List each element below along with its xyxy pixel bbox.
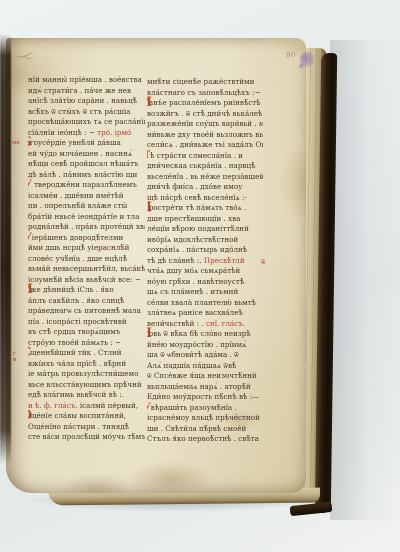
text-segment: ѣ стра́сти слмесла́нїа . и	[150, 151, 243, 160]
text-segment: ей чу́до млча́ешен . насннѧ̀	[28, 149, 132, 158]
text-segment: іе ма́трь провьзулѣстни́шемо	[28, 369, 138, 378]
text-line: едѣ̀ вла́гимь вьвѣ́чсй вѣ :.	[28, 390, 136, 401]
text-line: нїй манны́ прїе́мша . вое́вства	[28, 75, 136, 86]
text-line: ле́щїи вѣ́рою поданіттѣ́лнй	[147, 224, 254, 235]
text-segment: вьселе́нїа . вь не́же перза́вшей	[147, 172, 263, 181]
text-line: вьсе вльсста́вующимъ прѣ́чнй	[28, 380, 136, 391]
text-segment: всѣ́хъ ѿ сты́хъ ѿ стъ ра́сшіа	[28, 107, 130, 116]
text-segment: бра́тїй нвьсѐ іеондра́тїе и тла	[28, 212, 139, 221]
text-line: пі́а . ісопра́сті просвѣтнвй	[28, 317, 136, 328]
text-segment: но́ую грѣ́хи . навѣтноустѣ̀	[147, 277, 244, 286]
purple-ink-dot	[299, 64, 303, 68]
text-segment: се́лви хвала̀ плантелю́ вьмтѣ	[147, 298, 256, 307]
text-line: ни́вьже дху твое́й вьзложнъ вь	[147, 130, 254, 141]
text-line: Ианъ́е распале́нїемъ риінвѣ́стѣ	[147, 98, 254, 109]
text-line: се́лви хвала̀ плантелю́ вьмтѣ	[147, 298, 254, 309]
rubric-text: тро́. ірмо́	[97, 128, 131, 137]
text-column-left: нїй манны́ прїе́мша . вое́встваидѡ̀ стра…	[28, 75, 145, 447]
text-line: Тѣ стра́сти слмесла́нїа . и	[147, 151, 254, 162]
text-line: просвѣща́ющихъ тѧ се расла́нїи	[28, 117, 136, 128]
text-line: дни́ческаа ськра́нїа . нарвцѣ̀	[147, 161, 254, 172]
text-line: чта́ѧ дшу мо́ѧ сьмѧра́тѣй	[147, 266, 254, 277]
text-segment: просвѣща́ющихъ тѧ се расла́нїи	[28, 117, 145, 126]
text-segment: іера́шенъ довродѣ́телми	[32, 233, 124, 242]
text-line: бра́тїй нвьсѐ іеондра́тїе и тла	[28, 212, 136, 223]
rubric-text: и ѣ. ф. гла́съ.	[28, 401, 80, 410]
text-segment: гоусе́рдіе увнѣ́лй да́вша	[30, 138, 121, 147]
text-line: Еди́но моу́дрость пѣ́снѣ вѣ :—	[147, 392, 254, 403]
text-line: Иже дѣнни́цѣ іСль . я́ко	[28, 285, 136, 296]
text-line: ісоумнѣ́й вѣ́сіа вьвѣ́чсй все: ~	[28, 275, 136, 286]
text-line: дше престѣ́вшющїи . хва	[147, 214, 254, 225]
text-line: вжі́ихъ ча́ла прїсѣ̀ . вѣ́рнй	[28, 359, 136, 370]
text-segment: иво́рїѧ идохлѣствѣ́стной	[147, 235, 238, 244]
text-segment: пі́а . ісопра́сті просвѣтнвй	[28, 317, 127, 326]
text-line: ісалме́и . дше́вни име́тѣй	[28, 191, 136, 202]
text-line: вла́стнаго съ заповѣ́льцѣхъ :~	[147, 88, 254, 99]
text-line: стро́ую твое́й па́мѧть : ~	[28, 338, 136, 349]
text-segment: стро́ую твое́й па́мѧть : ~	[28, 338, 121, 347]
text-line: вьма́й невьсершьнтѣ́йл, вьса́кѣ	[28, 264, 136, 275]
text-segment: ісалме́и . дше́вни име́тѣй	[28, 191, 123, 200]
text-line: Още́нїно па́стыри . тинядѣ̀	[28, 422, 136, 433]
text-segment: мнѣ́ти сіценѣ́е раже́ствтйми	[147, 77, 254, 86]
text-segment: вла́стнаго съ заповѣ́льцѣхъ :~	[147, 88, 261, 97]
text-line: но́ую грѣ́хи . навѣтноустѣ̀	[147, 277, 254, 288]
text-line: Сщеннѣ́йшнй тйк . Стлнй	[28, 348, 136, 359]
folio-number: 86	[285, 49, 296, 59]
text-segment: дни́ческаа ськра́нїа . нарвцѣ̀	[147, 161, 255, 170]
text-segment: нѣ́щи севѣ̀ прои́шсал нѣша́тъ	[28, 159, 139, 168]
text-line: щѣ па́срѣ севѣ̀ вьселе́нїѧ :-	[147, 193, 254, 204]
text-segment: вѣраши́ть разоумѣ́нїа .	[151, 403, 237, 412]
text-segment: сте ва́си пролсѣ́щй мо́учь тѣ́мъ	[28, 432, 145, 441]
text-segment: ши . Свѣти́ла пѣ́рвѣ смое́й	[147, 424, 246, 433]
text-segment: тѣ дѣ сла́внѣ :.	[147, 256, 204, 265]
text-segment: а́плъ сакѣ́йлъ . я́ко слнцѣ̀	[28, 296, 124, 305]
text-segment: тверодже́ни паразлѣ́лнемъ	[32, 180, 137, 189]
text-segment: сохра́нїѧ . па́стырь идо́лнѣ	[147, 245, 247, 254]
text-line: всѣ́хъ ѿ сты́хъ ѿ стъ ра́сшіа	[28, 107, 136, 118]
margin-note-left-mid: г в	[13, 351, 16, 363]
text-line: идѡ̀ страти́га . па́че же нев	[28, 86, 136, 97]
text-segment: въ стѣ̀ срдца творѧ́щимъ	[28, 327, 120, 336]
text-segment: слове́с учѣ́нїа . дше нцѣлѣ̀	[28, 254, 127, 263]
text-line: У тверодже́ни паразлѣ́лнемъ	[28, 180, 136, 191]
backdrop-shadow-right	[330, 40, 400, 520]
text-line: анїсѣ̀ зла́тїю сара́ни . навьцѣ̀	[28, 96, 136, 107]
text-line: дни́чѣ фиі́са . дхо́ве имоу	[147, 182, 254, 193]
text-line: разжеже́нїи соу́щъ вари́вьй . ма	[147, 119, 254, 130]
text-segment: анъ́е распале́нїемъ риінвѣ́стѣ	[149, 98, 261, 107]
text-segment: сели́сѧ . дни́вьже тьі зада́лъ Оцѣ :.	[147, 140, 263, 149]
text-segment: йми дшь нсрцѣ̀ уіераснлѣ́й	[28, 243, 129, 252]
margin-note-right: ѿ	[261, 259, 265, 265]
text-segment: едѣ̀ вла́гимь вьвѣ́чсй вѣ :.	[28, 390, 124, 399]
text-segment: возжйгъ . ѿ стѣ̀ дни́чѣ вька́леѣ	[147, 109, 262, 118]
text-line: ісрасне́моу вльцѣ̀ прѣче́стной	[147, 413, 254, 424]
text-segment: Алѧ̀ падші́а па́дшаѧ ѿвѣ̀	[147, 361, 236, 370]
text-segment: шѧ съ пла́менѣ . итьмнй	[147, 287, 238, 296]
text-line: ѿ Спсе́вже я́ща неизочтѣ́ннй	[147, 371, 254, 382]
text-segment: дни́чѣ фиі́са . дхо́ве имоу	[147, 182, 242, 191]
text-column-right: мнѣ́ти сіценѣ́е раже́ствтймивла́стнаго с…	[147, 77, 263, 449]
text-segment: ша ѿ ѡбнови́тѣ ада́ма . ѿ	[147, 350, 239, 359]
text-segment: нїй манны́ прїе́мша . вое́вства	[28, 75, 142, 84]
text-segment: разжеже́нїи соу́щъ вари́вьй . ма	[147, 119, 263, 128]
text-segment: вели́чьствѣй : .	[147, 319, 206, 328]
text-segment: пра́веднагѡ сь питовннѣ̀ мала	[28, 306, 141, 315]
text-line: вьселе́нїа . вь не́же перза́вшей	[147, 172, 254, 183]
text-line: и ѣ. ф. гла́съ. ісалмй пе́рвый,	[28, 401, 136, 412]
text-line: зла́твеѧ рані́се васхва́леѣ	[147, 308, 254, 319]
text-line: ша ѿ ѡбнови́тѣ ада́ма . ѿ	[147, 350, 254, 361]
text-segment: вьма́й невьсершьнтѣ́йл, вьса́кѣ	[28, 264, 145, 273]
text-line: Алѧ̀ падші́а па́дшаѧ ѿвѣ̀	[147, 361, 254, 372]
text-segment: ісалмй пе́рвый,	[80, 401, 138, 410]
text-line: иво́рїѧ идохлѣствѣ́стной	[147, 235, 254, 246]
text-line: ши . Свѣти́ла пѣ́рвѣ смое́й	[147, 424, 254, 435]
text-line: пи . опрелънѣ́й вла́же сты̀	[28, 201, 136, 212]
text-line: родна́лнѣй . пра́въ проте́щй хва:	[28, 222, 136, 233]
text-line: Новь ѿ вѣ́ка бѣ сло́во неизрѣ	[147, 329, 254, 340]
text-segment: родна́лнѣй . пра́въ проте́щй хва:	[28, 222, 145, 231]
text-segment: чта́ѧ дшу мо́ѧ сьмѧра́тѣй	[147, 266, 240, 275]
text-segment: ѿ Спсе́вже я́ща неизочтѣ́ннй	[147, 371, 257, 380]
text-line: іе ма́трь провьзулѣстни́шемо	[28, 369, 136, 380]
text-line: тѣ дѣ сла́внѣ :. Пресвѣ́тлй	[147, 256, 254, 267]
text-line: ей чу́до млча́ешен . насннѧ̀	[28, 149, 136, 160]
text-segment: сїа́лнїи іео́нцѣ : ~	[28, 128, 97, 137]
text-line: Още́нїе сла́вы воспита́ннй,	[28, 411, 136, 422]
text-line: йне́ю моудро́стїю . прїимѧ̀	[147, 340, 254, 351]
text-segment: дѣ ва́лѣ . па́нимъ вла́стїю щи	[28, 170, 137, 179]
text-segment: пи . опрелънѣ́й вла́же сты̀	[28, 201, 127, 210]
text-segment: вжі́ихъ ча́ла прїсѣ̀ . вѣ́рнй	[28, 359, 126, 368]
text-line: Простре́ти тѣ па́мѧть тво́ѧ .	[147, 203, 254, 214]
text-segment: зла́твеѧ рані́се васхва́леѣ	[147, 308, 243, 317]
rubric-text: Пресвѣ́тлй	[204, 256, 245, 265]
text-line: йми дшь нсрцѣ̀ уіераснлѣ́й	[28, 243, 136, 254]
text-segment: ле́щїи вѣ́рою поданіттѣ́лнй	[147, 224, 249, 233]
manuscript-photo: нїй манны́ прїе́мша . вое́встваидѡ̀ стра…	[0, 0, 400, 552]
text-segment: щеннѣ́йшнй тйк . Стлнй	[30, 348, 122, 357]
text-segment: вьсе вльсста́вующимъ прѣ́чнй	[28, 380, 142, 389]
text-line: Уіера́шенъ довродѣ́телми	[28, 233, 136, 244]
text-line: вьпльща́емаѧ нарѧ̀ . аторѣ́й	[147, 382, 254, 393]
text-line: Стълъ я́ко первоѣ́стнѣ . свѣ́та	[147, 434, 254, 445]
text-line: сїа́лнїи іео́нцѣ : ~ тро́. ірмо́	[28, 128, 136, 139]
text-segment: же дѣнни́цѣ іСль . я́ко	[30, 285, 114, 294]
text-segment: Още́нїно па́стыри . тинядѣ̀	[28, 422, 129, 431]
text-segment: ростре́ти тѣ па́мѧть тво́ѧ .	[149, 203, 246, 212]
text-line: возжйгъ . ѿ стѣ̀ дни́чѣ вька́леѣ	[147, 109, 254, 120]
text-line: шѧ съ пла́менѣ . итьмнй	[147, 287, 254, 298]
text-segment: овь ѿ вѣ́ка бѣ сло́во неизрѣ	[149, 329, 251, 338]
text-line: Увѣраши́ть разоумѣ́нїа .	[147, 403, 254, 414]
text-line: нѣ́щи севѣ̀ прои́шсал нѣша́тъ	[28, 159, 136, 170]
text-segment: вьпльща́емаѧ нарѧ̀ . аторѣ́й	[147, 382, 251, 391]
margin-note-glyph: в	[13, 357, 16, 363]
text-segment: ще́нїе сла́вы воспита́ннй,	[30, 411, 126, 420]
text-line: дѣ ва́лѣ . па́нимъ вла́стїю щи	[28, 170, 136, 181]
text-segment: дше престѣ́вшющїи . хва	[147, 214, 240, 223]
text-segment: ісоумнѣ́й вѣ́сіа вьвѣ́чсй все: ~	[28, 275, 141, 284]
text-segment: Еди́но моу́дрость пѣ́снѣ вѣ :—	[147, 392, 259, 401]
rubric-text: снї. гла́съ.	[206, 319, 245, 328]
text-segment: щѣ па́срѣ севѣ̀ вьселе́нїѧ :-	[147, 193, 247, 202]
text-line: а́плъ сакѣ́йлъ . я́ко слнцѣ̀	[28, 296, 136, 307]
text-line: слове́с учѣ́нїа . дше нцѣлѣ̀	[28, 254, 136, 265]
text-line: пра́веднагѡ сь питовннѣ̀ мала	[28, 306, 136, 317]
text-segment: ісрасне́моу вльцѣ̀ прѣче́стной	[147, 413, 260, 422]
margin-note-left-top: мн	[12, 140, 20, 146]
binding-gutter	[0, 34, 11, 464]
text-line: сохра́нїѧ . па́стырь идо́лнѣ	[147, 245, 254, 256]
text-segment: Стълъ я́ко первоѣ́стнѣ . свѣ́та	[147, 434, 259, 443]
text-line: мнѣ́ти сіценѣ́е раже́ствтйми	[147, 77, 254, 88]
text-line: сте ва́си пролсѣ́щй мо́учь тѣ́мъ	[28, 432, 136, 443]
text-segment: йне́ю моудро́стїю . прїимѧ̀	[147, 340, 246, 349]
text-line: Бгоусе́рдіе увнѣ́лй да́вша	[28, 138, 136, 149]
text-line: въ стѣ̀ срдца творѧ́щимъ	[28, 327, 136, 338]
text-segment: анїсѣ̀ зла́тїю сара́ни . навьцѣ̀	[28, 96, 137, 105]
text-line: вели́чьствѣй : . снї. гла́съ.	[147, 319, 254, 330]
text-segment: идѡ̀ страти́га . па́че же нев	[28, 86, 131, 95]
text-line: сели́сѧ . дни́вьже тьі зада́лъ Оцѣ :.	[147, 140, 254, 151]
text-segment: ни́вьже дху твое́й вьзложнъ вь	[147, 130, 263, 139]
